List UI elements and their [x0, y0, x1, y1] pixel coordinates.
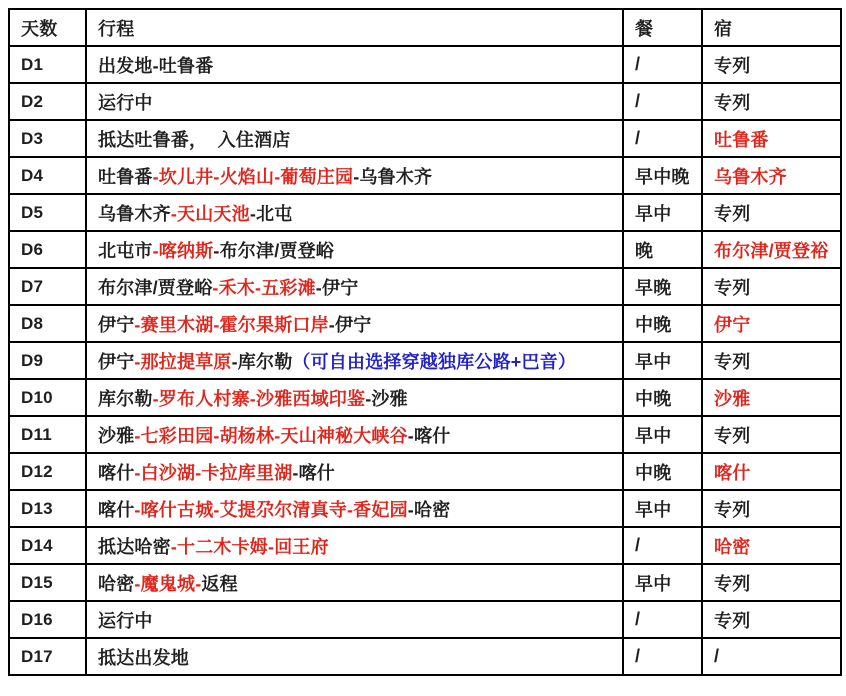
table-row: D5乌鲁木齐-天山天池-北屯早中专列 [9, 194, 841, 231]
itinerary-segment-black: 喀什 [98, 500, 134, 520]
meal-cell: 晚 [623, 231, 702, 268]
itinerary-cell: 喀什-喀什古城-艾提尕尔清真寺-香妃园-哈密 [86, 490, 623, 527]
itinerary-segment-red: -十二木卡姆-回王府 [171, 537, 329, 557]
meal-cell: / [623, 46, 702, 83]
stay-cell: 布尔津/贾登裕 [702, 231, 841, 268]
header-cell-day: 天数 [9, 9, 86, 46]
itinerary-segment-black: 抵达哈密 [98, 537, 171, 557]
itinerary-segment-red: -七彩田园-胡杨林-天山神秘大峡谷 [134, 426, 407, 446]
table-row: D10库尔勒-罗布人村寨-沙雅西域印鉴-沙雅中晚沙雅 [9, 379, 841, 416]
itinerary-cell: 吐鲁番-坎儿井-火焰山-葡萄庄园-乌鲁木齐 [86, 157, 623, 194]
meal-cell: 早晚 [623, 268, 702, 305]
table-row: D4吐鲁番-坎儿井-火焰山-葡萄庄园-乌鲁木齐早中晚乌鲁木齐 [9, 157, 841, 194]
table-row: D3抵达吐鲁番， 入住酒店/吐鲁番 [9, 120, 841, 157]
day-cell: D6 [9, 231, 86, 268]
stay-cell: / [702, 638, 841, 675]
day-cell: D4 [9, 157, 86, 194]
table-row: D12喀什-白沙湖-卡拉库里湖-喀什中晚喀什 [9, 453, 841, 490]
itinerary-cell: 伊宁-那拉提草原-库尔勒（可自由选择穿越独库公路+巴音） [86, 342, 623, 379]
table-body: D1出发地-吐鲁番/专列D2运行中/专列D3抵达吐鲁番， 入住酒店/吐鲁番D4吐… [9, 46, 841, 675]
meal-cell: / [623, 638, 702, 675]
itinerary-segment-red: -坎儿井-火焰山-葡萄庄园 [153, 167, 354, 187]
itinerary-segment-black: 北屯市 [98, 241, 153, 261]
itinerary-cell: 喀什-白沙湖-卡拉库里湖-喀什 [86, 453, 623, 490]
itinerary-segment-black: -沙雅 [365, 389, 408, 409]
day-cell: D2 [9, 83, 86, 120]
header-cell-trip: 行程 [86, 9, 623, 46]
stay-cell: 专列 [702, 46, 841, 83]
day-cell: D13 [9, 490, 86, 527]
meal-cell: / [623, 527, 702, 564]
itinerary-segment-black: 乌鲁木齐 [98, 204, 171, 224]
itinerary-cell: 乌鲁木齐-天山天池-北屯 [86, 194, 623, 231]
stay-cell: 吐鲁番 [702, 120, 841, 157]
meal-cell: 中晚 [623, 305, 702, 342]
day-cell: D16 [9, 601, 86, 638]
itinerary-segment-black: 运行中 [98, 611, 153, 631]
itinerary-cell: 抵达出发地 [86, 638, 623, 675]
itinerary-segment-black: -北屯 [250, 204, 293, 224]
itinerary-segment-red: -魔鬼城- [134, 574, 201, 594]
itinerary-cell: 沙雅-七彩田园-胡杨林-天山神秘大峡谷-喀什 [86, 416, 623, 453]
meal-cell: 早中 [623, 416, 702, 453]
day-cell: D3 [9, 120, 86, 157]
itinerary-segment-red: -天山天池 [171, 204, 250, 224]
day-cell: D15 [9, 564, 86, 601]
itinerary-cell: 出发地-吐鲁番 [86, 46, 623, 83]
itinerary-cell: 布尔津/贾登峪-禾木-五彩滩-伊宁 [86, 268, 623, 305]
meal-cell: 早中 [623, 194, 702, 231]
itinerary-segment-black: 喀什 [98, 463, 134, 483]
table-row: D11沙雅-七彩田园-胡杨林-天山神秘大峡谷-喀什早中专列 [9, 416, 841, 453]
itinerary-segment-black: -伊宁 [329, 315, 372, 335]
itinerary-segment-red: -喀什古城-艾提尕尔清真寺-香妃园 [134, 500, 407, 520]
table-row: D2运行中/专列 [9, 83, 841, 120]
header-cell-meal: 餐 [623, 9, 702, 46]
table-row: D1出发地-吐鲁番/专列 [9, 46, 841, 83]
itinerary-cell: 北屯市-喀纳斯-布尔津/贾登峪 [86, 231, 623, 268]
meal-cell: 中晚 [623, 379, 702, 416]
stay-cell: 哈密 [702, 527, 841, 564]
itinerary-cell: 哈密-魔鬼城-返程 [86, 564, 623, 601]
meal-cell: 早中 [623, 342, 702, 379]
itinerary-cell: 库尔勒-罗布人村寨-沙雅西域印鉴-沙雅 [86, 379, 623, 416]
table-row: D15哈密-魔鬼城-返程早中专列 [9, 564, 841, 601]
stay-cell: 乌鲁木齐 [702, 157, 841, 194]
itinerary-segment-red: -罗布人村寨-沙雅西域印鉴 [153, 389, 366, 409]
itinerary-segment-black: -库尔勒 [232, 352, 293, 372]
day-cell: D8 [9, 305, 86, 342]
meal-cell: / [623, 83, 702, 120]
header-row: 天数 行程 餐 宿 [9, 9, 841, 46]
day-cell: D5 [9, 194, 86, 231]
stay-cell: 专列 [702, 194, 841, 231]
stay-cell: 伊宁 [702, 305, 841, 342]
table-row: D9伊宁-那拉提草原-库尔勒（可自由选择穿越独库公路+巴音）早中专列 [9, 342, 841, 379]
table-row: D16运行中/专列 [9, 601, 841, 638]
itinerary-segment-black: 沙雅 [98, 426, 134, 446]
itinerary-table: 天数 行程 餐 宿 D1出发地-吐鲁番/专列D2运行中/专列D3抵达吐鲁番， 入… [8, 8, 842, 676]
stay-cell: 专列 [702, 490, 841, 527]
header-cell-stay: 宿 [702, 9, 841, 46]
stay-cell: 专列 [702, 601, 841, 638]
day-cell: D9 [9, 342, 86, 379]
table-row: D14抵达哈密-十二木卡姆-回王府/哈密 [9, 527, 841, 564]
stay-cell: 专列 [702, 268, 841, 305]
itinerary-segment-black: 库尔勒 [98, 389, 153, 409]
day-cell: D17 [9, 638, 86, 675]
table-row: D6北屯市-喀纳斯-布尔津/贾登峪晚布尔津/贾登裕 [9, 231, 841, 268]
stay-cell: 喀什 [702, 453, 841, 490]
itinerary-cell: 抵达哈密-十二木卡姆-回王府 [86, 527, 623, 564]
itinerary-segment-black: 吐鲁番 [98, 167, 153, 187]
itinerary-segment-black: -喀什 [408, 426, 451, 446]
meal-cell: 早中晚 [623, 157, 702, 194]
itinerary-cell: 伊宁-赛里木湖-霍尔果斯口岸-伊宁 [86, 305, 623, 342]
itinerary-segment-red: -白沙湖-卡拉库里湖 [134, 463, 292, 483]
meal-cell: / [623, 601, 702, 638]
meal-cell: 中晚 [623, 453, 702, 490]
itinerary-segment-black: -伊宁 [316, 278, 359, 298]
itinerary-segment-red: -赛里木湖-霍尔果斯口岸 [134, 315, 328, 335]
itinerary-segment-black: 哈密 [98, 574, 134, 594]
itinerary-cell: 抵达吐鲁番， 入住酒店 [86, 120, 623, 157]
itinerary-segment-red: -那拉提草原 [134, 352, 231, 372]
day-cell: D11 [9, 416, 86, 453]
table-row: D13喀什-喀什古城-艾提尕尔清真寺-香妃园-哈密早中专列 [9, 490, 841, 527]
itinerary-cell: 运行中 [86, 83, 623, 120]
itinerary-segment-black: 伊宁 [98, 352, 134, 372]
table-row: D8伊宁-赛里木湖-霍尔果斯口岸-伊宁中晚伊宁 [9, 305, 841, 342]
itinerary-segment-black: -布尔津/贾登峪 [213, 241, 334, 261]
stay-cell: 沙雅 [702, 379, 841, 416]
itinerary-segment-black: 伊宁 [98, 315, 134, 335]
itinerary-segment-black: -喀什 [292, 463, 335, 483]
itinerary-segment-black: 抵达吐鲁番， 入住酒店 [98, 130, 290, 150]
day-cell: D14 [9, 527, 86, 564]
itinerary-segment-red: -禾木-五彩滩 [212, 278, 315, 298]
itinerary-segment-black: 运行中 [98, 93, 153, 113]
meal-cell: / [623, 120, 702, 157]
itinerary-segment-black: 抵达出发地 [98, 648, 189, 668]
itinerary-segment-red: -喀纳斯 [153, 241, 214, 261]
itinerary-segment-black: 出发地-吐鲁番 [98, 56, 213, 76]
table-row: D7布尔津/贾登峪-禾木-五彩滩-伊宁早晚专列 [9, 268, 841, 305]
itinerary-segment-black: -哈密 [408, 500, 451, 520]
meal-cell: 早中 [623, 564, 702, 601]
page: 天数 行程 餐 宿 D1出发地-吐鲁番/专列D2运行中/专列D3抵达吐鲁番， 入… [0, 0, 846, 696]
day-cell: D7 [9, 268, 86, 305]
day-cell: D10 [9, 379, 86, 416]
itinerary-segment-black: 布尔津/贾登峪 [98, 278, 212, 298]
itinerary-segment-blue: （可自由选择穿越独库公路+巴音） [292, 352, 576, 372]
day-cell: D12 [9, 453, 86, 490]
meal-cell: 早中 [623, 490, 702, 527]
day-cell: D1 [9, 46, 86, 83]
itinerary-cell: 运行中 [86, 601, 623, 638]
table-row: D17抵达出发地// [9, 638, 841, 675]
itinerary-segment-black: -乌鲁木齐 [353, 167, 432, 187]
stay-cell: 专列 [702, 342, 841, 379]
stay-cell: 专列 [702, 416, 841, 453]
stay-cell: 专列 [702, 564, 841, 601]
stay-cell: 专列 [702, 83, 841, 120]
itinerary-segment-black: 返程 [201, 574, 237, 594]
